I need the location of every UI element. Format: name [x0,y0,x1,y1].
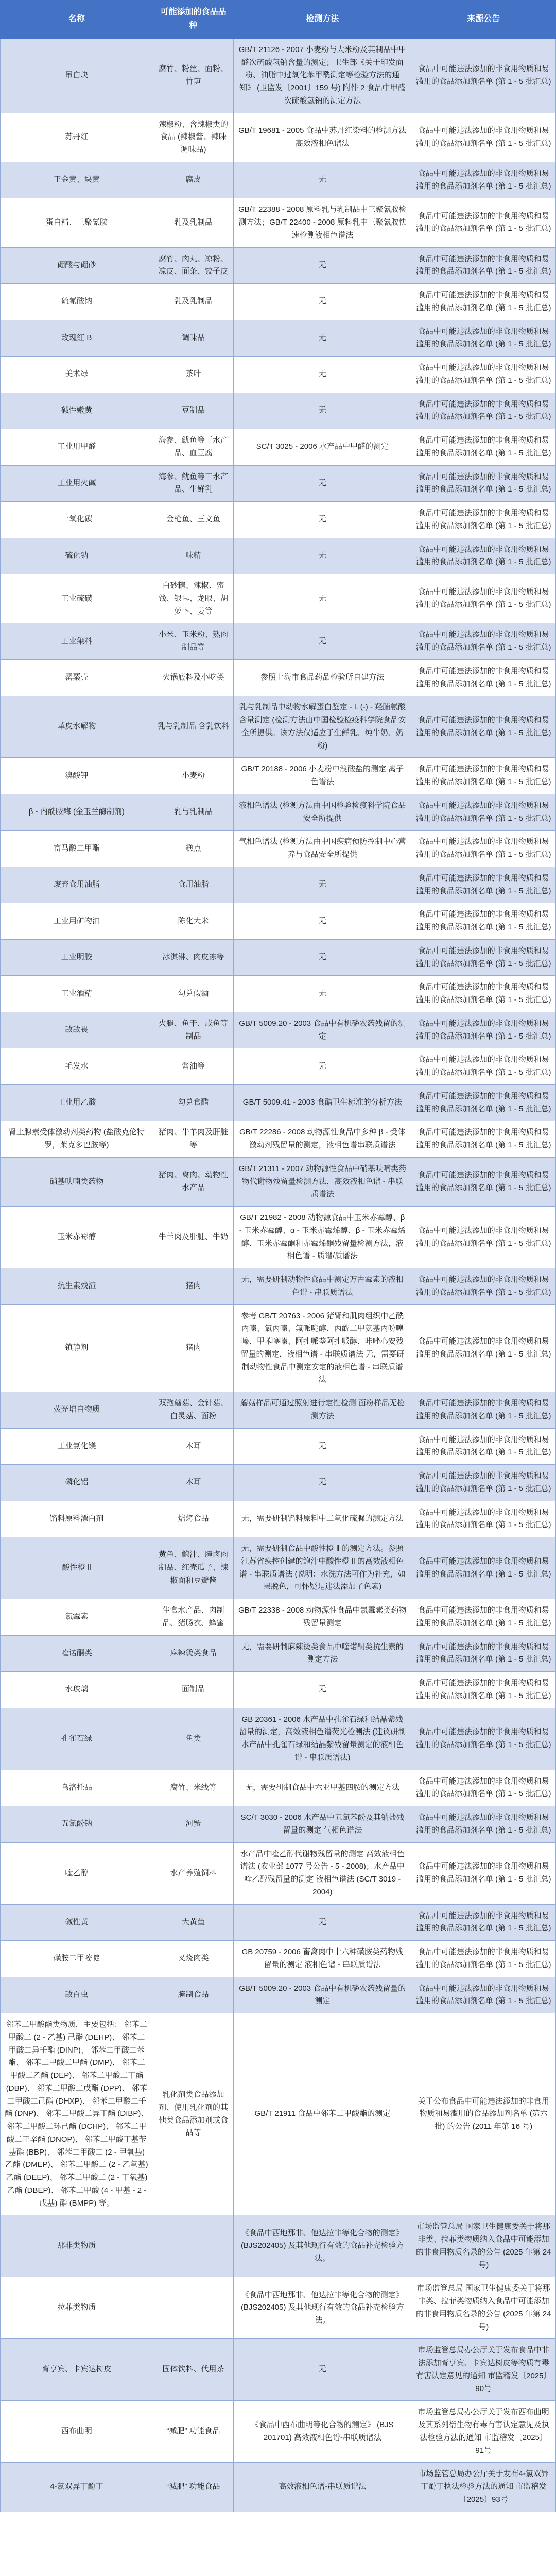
cell-method: GB 20361 - 2006 水产品中孔雀石绿和结晶紫残留量的测定，高效液相色… [234,1708,411,1770]
cell-source: 食品中可能违法添加的非食用物质和易滥用的食品添加剂名单 (第 1 - 5 批汇总… [411,623,556,660]
cell-foods: 勾兑食醋 [153,1084,233,1121]
cell-method: 无，需要研制食品中六亚甲基四胺的测定方法 [234,1770,411,1806]
cell-method: 无，需要研制馅料原料中二氧化硫脲的测定方法 [234,1501,411,1537]
cell-foods: 糕点 [153,831,233,867]
cell-source: 食品中可能违法添加的非食用物质和易滥用的食品添加剂名单 (第 1 - 5 批汇总… [411,696,556,758]
cell-foods: 食用油脂 [153,867,233,903]
cell-foods: “减肥” 功能食品 [153,2463,233,2512]
cell-source: 市场监管总局 国家卫生健康委关于将那非类、拉菲类物质纳入食品中可能添加的非食用物… [411,2215,556,2277]
cell-name: 硼酸与硼砂 [1,247,153,284]
cell-method: 无 [234,284,411,320]
cell-foods: 乳及乳制品 [153,198,233,247]
cell-source: 食品中可能违法添加的非食用物质和易滥用的食品添加剂名单 (第 1 - 5 批汇总… [411,976,556,1012]
cell-foods: 腐皮 [153,162,233,198]
cell-foods: 生食水产品、肉制品、猪肠衣、蜂蜜 [153,1599,233,1636]
cell-foods: 乳及乳制品 [153,284,233,320]
cell-name: 馅料原料漂白剂 [1,1501,153,1537]
cell-foods: 酱油等 [153,1048,233,1085]
cell-source: 食品中可能违法添加的非食用物质和易滥用的食品添加剂名单 (第 1 - 5 批汇总… [411,1977,556,2013]
cell-foods: 勾兑假酒 [153,976,233,1012]
cell-source: 食品中可能违法添加的非食用物质和易滥用的食品添加剂名单 (第 1 - 5 批汇总… [411,659,556,696]
header-row: 名称 可能添加的食品品种 检测方法 来源公告 [1,1,556,39]
cell-foods: 金枪鱼、三文鱼 [153,502,233,538]
cell-source: 食品中可能违法添加的非食用物质和易滥用的食品添加剂名单 (第 1 - 5 批汇总… [411,1268,556,1305]
cell-source: 食品中可能违法添加的非食用物质和易滥用的食品添加剂名单 (第 1 - 5 批汇总… [411,758,556,794]
table-row: 磺胺二甲嘧啶叉烧肉类GB 20759 - 2006 畜禽肉中十六种磺胺类药物残留… [1,1941,556,1977]
column-header-source: 来源公告 [411,1,556,39]
table-row: 蛋白精、三聚氰胺乳及乳制品GB/T 22388 - 2008 原料乳与乳制品中三… [1,198,556,247]
cell-source: 食品中可能违法添加的非食用物质和易滥用的食品添加剂名单 (第 1 - 5 批汇总… [411,1770,556,1806]
cell-name: 玫瑰红 B [1,320,153,357]
table-row: 苏丹红辣椒粉、含辣椒类的食品 (辣椒酱、辣味调味品)GB/T 19681 - 2… [1,113,556,162]
cell-foods: 味精 [153,538,233,574]
cell-method: 水产品中喹乙醇代谢物残留量的测定 高效液相色谱法 (农业部 1077 号公告 -… [234,1842,411,1904]
cell-foods: 河蟹 [153,1806,233,1843]
table-row: 工业硫磺白砂糖、辣椒、蜜饯、银耳、龙眼、胡萝卜、姜等无食品中可能违法添加的非食用… [1,574,556,623]
cell-source: 食品中可能违法添加的非食用物质和易滥用的食品添加剂名单 (第 1 - 5 批汇总… [411,867,556,903]
cell-method: 无 [234,162,411,198]
cell-source: 食品中可能违法添加的非食用物质和易滥用的食品添加剂名单 (第 1 - 5 批汇总… [411,357,556,393]
cell-name: 工业用甲醛 [1,429,153,466]
cell-name: 孔雀石绿 [1,1708,153,1770]
cell-foods: 陈化大米 [153,903,233,940]
cell-source: 食品中可能违法添加的非食用物质和易滥用的食品添加剂名单 (第 1 - 5 批汇总… [411,538,556,574]
table-row: 一氧化碳金枪鱼、三文鱼无食品中可能违法添加的非食用物质和易滥用的食品添加剂名单 … [1,502,556,538]
cell-name: 吊白块 [1,38,153,113]
table-row: 工业用乙酸勾兑食醋GB/T 5009.41 - 2003 食醋卫生标准的分析方法… [1,1084,556,1121]
cell-name: 乌洛托品 [1,1770,153,1806]
cell-source: 市场监管总局办公厅关于发布西布曲明及其系列衍生物有毒有害认定意见及执法检验方法的… [411,2401,556,2463]
cell-foods: 猪肉 [153,1268,233,1305]
table-row: 荧光增白物质双孢蘑菇、金针菇、白灵菇、面粉蘑菇样品可通过照射进行定性检测 面粉样… [1,1392,556,1429]
cell-name: 工业用火碱 [1,465,153,502]
cell-method: 高效液相色谱-串联质谱法 [234,2463,411,2512]
table-row: 拉菲类物质《食品中西地那非、他达拉非等化合物的测定》 (BJS202405) 及… [1,2277,556,2339]
cell-source: 食品中可能违法添加的非食用物质和易滥用的食品添加剂名单 (第 1 - 5 批汇总… [411,1806,556,1843]
cell-source: 食品中可能违法添加的非食用物质和易滥用的食品添加剂名单 (第 1 - 5 批汇总… [411,1207,556,1268]
cell-foods: 腌制食品 [153,1977,233,2013]
cell-name: 工业染料 [1,623,153,660]
cell-source: 关于公布食品中可能违法添加的非食用物质和易滥用的食品添加剂名单 (第六批) 的公… [411,2013,556,2215]
table-row: 玉米赤霉醇牛羊肉及肝脏、牛奶GB/T 21982 - 2008 动物源食品中玉米… [1,1207,556,1268]
cell-foods: 黄鱼、鲍汁、腌卤肉制品、红壳瓜子、辣椒面和豆瓣酱 [153,1537,233,1599]
cell-name: 玉米赤霉醇 [1,1207,153,1268]
table-row: 工业用火碱海参、鱿鱼等干水产品、生鲜乳无食品中可能违法添加的非食用物质和易滥用的… [1,465,556,502]
cell-name: 肾上腺素受体激动剂类药物 (盐酸克伦特罗，莱克多巴胺等) [1,1121,153,1158]
table-row: 酸性橙 Ⅱ黄鱼、鲍汁、腌卤肉制品、红壳瓜子、辣椒面和豆瓣酱无，需要研制食品中酸性… [1,1537,556,1599]
cell-name: 硝基呋喃类药物 [1,1157,153,1206]
cell-method: 无，需要研制动物性食品中测定万古霉素的液相色谱 - 串联质谱法 [234,1268,411,1305]
cell-foods: 大黄鱼 [153,1904,233,1941]
cell-name: 那非类物质 [1,2215,153,2277]
cell-foods: 冰淇淋、肉皮冻等 [153,939,233,976]
cell-method: GB/T 21126 - 2007 小麦粉与大米粉及其制品中甲醛次硫酸氢钠含量的… [234,38,411,113]
table-row: 革皮水解物乳与乳制品 含乳饮料乳与乳制品中动物水解蛋白鉴定 - L (-) - … [1,696,556,758]
cell-name: 硫化钠 [1,538,153,574]
cell-method: 无 [234,903,411,940]
cell-source: 食品中可能违法添加的非食用物质和易滥用的食品添加剂名单 (第 1 - 5 批汇总… [411,1635,556,1672]
column-header-name: 名称 [1,1,153,39]
cell-name: 磷化铝 [1,1465,153,1501]
page: 名称 可能添加的食品品种 检测方法 来源公告 吊白块腐竹、粉丝、面粉、竹笋GB/… [0,0,556,2512]
cell-name: 王金黄、块黄 [1,162,153,198]
table-row: 吊白块腐竹、粉丝、面粉、竹笋GB/T 21126 - 2007 小麦粉与大米粉及… [1,38,556,113]
cell-method: 无 [234,1428,411,1465]
cell-method: 无 [234,465,411,502]
table-row: 乌洛托品腐竹、米线等无，需要研制食品中六亚甲基四胺的测定方法食品中可能违法添加的… [1,1770,556,1806]
table-row: 磷化铝木耳无食品中可能违法添加的非食用物质和易滥用的食品添加剂名单 (第 1 -… [1,1465,556,1501]
cell-method: GB/T 5009.20 - 2003 食品中有机磷农药残留的测定 [234,1012,411,1048]
cell-foods: 白砂糖、辣椒、蜜饯、银耳、龙眼、胡萝卜、姜等 [153,574,233,623]
cell-name: 溴酸钾 [1,758,153,794]
cell-foods [153,2215,233,2277]
cell-foods: 猪肉、牛羊肉及肝脏等 [153,1121,233,1158]
cell-foods: 海参、鱿鱼等干水产品、血豆腐 [153,429,233,466]
table-row: 工业氯化镁木耳无食品中可能违法添加的非食用物质和易滥用的食品添加剂名单 (第 1… [1,1428,556,1465]
cell-method: 无 [234,623,411,660]
cell-source: 食品中可能违法添加的非食用物质和易滥用的食品添加剂名单 (第 1 - 5 批汇总… [411,162,556,198]
cell-foods: 腐竹、米线等 [153,1770,233,1806]
cell-source: 食品中可能违法添加的非食用物质和易滥用的食品添加剂名单 (第 1 - 5 批汇总… [411,1157,556,1206]
cell-source: 市场监管总局 国家卫生健康委关于将那非类、拉菲类物质纳入食品中可能添加的非食用物… [411,2277,556,2339]
cell-source: 食品中可能违法添加的非食用物质和易滥用的食品添加剂名单 (第 1 - 5 批汇总… [411,1501,556,1537]
cell-method: GB 20759 - 2006 畜禽肉中十六种磺胺类药物残留量的测定 液相色谱 … [234,1941,411,1977]
table-row: 美术绿茶叶无食品中可能违法添加的非食用物质和易滥用的食品添加剂名单 (第 1 -… [1,357,556,393]
cell-method: GB/T 19681 - 2005 食品中苏丹红染料的检测方法高效液相色谱法 [234,113,411,162]
table-row: 五氯酚钠河蟹SC/T 3030 - 2006 水产品中五氯苯酚及其钠盐残留量的测… [1,1806,556,1843]
cell-method: SC/T 3030 - 2006 水产品中五氯苯酚及其钠盐残留量的测定 气相色谱… [234,1806,411,1843]
cell-method: 液相色谱法 (检测方法由中国检验检疫科学院食品安全所提供 [234,794,411,831]
cell-foods: 火锅底料及小吃类 [153,659,233,696]
cell-name: 喹乙醇 [1,1842,153,1904]
table-row: 毛发水酱油等无食品中可能违法添加的非食用物质和易滥用的食品添加剂名单 (第 1 … [1,1048,556,1085]
cell-name: 硫氰酸钠 [1,284,153,320]
cell-foods: 火腿、鱼干、咸鱼等制品 [153,1012,233,1048]
cell-method: 无 [234,2339,411,2401]
cell-source: 食品中可能违法添加的非食用物质和易滥用的食品添加剂名单 (第 1 - 5 批汇总… [411,1941,556,1977]
cell-foods: 乳化剂类食品添加剂、使用乳化剂的其他类食品添加剂或食品等 [153,2013,233,2215]
cell-source: 食品中可能违法添加的非食用物质和易滥用的食品添加剂名单 (第 1 - 5 批汇总… [411,1012,556,1048]
cell-name: 敌百虫 [1,1977,153,2013]
table-row: 肾上腺素受体激动剂类药物 (盐酸克伦特罗，莱克多巴胺等)猪肉、牛羊肉及肝脏等GB… [1,1121,556,1158]
cell-method: 无 [234,357,411,393]
cell-method: 无，需要研制食品中酸性橙 Ⅱ 的测定方法。参照江苏省疾控创建的鲍汁中酸性橙 Ⅱ … [234,1537,411,1599]
table-row: 那非类物质《食品中西地那非、他达拉非等化合物的测定》 (BJS202405) 及… [1,2215,556,2277]
cell-name: 工业硫磺 [1,574,153,623]
cell-method: GB/T 22388 - 2008 原料乳与乳制品中三聚氰胺检测方法；GB/T … [234,198,411,247]
table-row: 碱性嫩黄豆制品无食品中可能违法添加的非食用物质和易滥用的食品添加剂名单 (第 1… [1,393,556,429]
illegal-additives-table: 名称 可能添加的食品品种 检测方法 来源公告 吊白块腐竹、粉丝、面粉、竹笋GB/… [0,0,556,2512]
cell-foods: 腐竹、肉丸、凉粉、凉皮、面条、饺子皮 [153,247,233,284]
table-row: 氯霉素生食水产品、肉制品、猪肠衣、蜂蜜GB/T 22338 - 2008 动物源… [1,1599,556,1636]
cell-name: 水玻璃 [1,1672,153,1708]
cell-foods: 面制品 [153,1672,233,1708]
table-row: 4-氯双异丁酚丁“减肥” 功能食品高效液相色谱-串联质谱法市场监管总局办公厅关于… [1,2463,556,2512]
cell-foods [153,2277,233,2339]
table-row: 王金黄、块黄腐皮无食品中可能违法添加的非食用物质和易滥用的食品添加剂名单 (第 … [1,162,556,198]
cell-method: 无 [234,939,411,976]
cell-method: GB/T 21311 - 2007 动物源性食品中硝基呋喃类药物代谢物残留量检测… [234,1157,411,1206]
cell-source: 食品中可能违法添加的非食用物质和易滥用的食品添加剂名单 (第 1 - 5 批汇总… [411,247,556,284]
cell-source: 食品中可能违法添加的非食用物质和易滥用的食品添加剂名单 (第 1 - 5 批汇总… [411,903,556,940]
cell-foods: 腐竹、粉丝、面粉、竹笋 [153,38,233,113]
cell-name: 镇静剂 [1,1304,153,1392]
table-row: 抗生素残渣猪肉无，需要研制动物性食品中测定万古霉素的液相色谱 - 串联质谱法食品… [1,1268,556,1305]
cell-method: 无 [234,538,411,574]
cell-source: 食品中可能违法添加的非食用物质和易滥用的食品添加剂名单 (第 1 - 5 批汇总… [411,1121,556,1158]
cell-name: 4-氯双异丁酚丁 [1,2463,153,2512]
cell-name: 敌敌畏 [1,1012,153,1048]
cell-source: 食品中可能违法添加的非食用物质和易滥用的食品添加剂名单 (第 1 - 5 批汇总… [411,831,556,867]
cell-method: 无，需要研制麻辣烫类食品中喹诺酮类抗生素的测定方法 [234,1635,411,1672]
cell-foods: 小米、玉米粉、熟肉制品等 [153,623,233,660]
cell-source: 食品中可能违法添加的非食用物质和易滥用的食品添加剂名单 (第 1 - 5 批汇总… [411,502,556,538]
cell-name: 蛋白精、三聚氰胺 [1,198,153,247]
cell-method: GB/T 5009.20 - 2003 食品中有机磷农药残留量的测定 [234,1977,411,2013]
cell-name: 磺胺二甲嘧啶 [1,1941,153,1977]
table-row: 工业酒精勾兑假酒无食品中可能违法添加的非食用物质和易滥用的食品添加剂名单 (第 … [1,976,556,1012]
cell-method: GB/T 22338 - 2008 动物源性食品中氯霉素类药物残留量测定 [234,1599,411,1636]
table-row: 喹诺酮类麻辣烫类食品无，需要研制麻辣烫类食品中喹诺酮类抗生素的测定方法食品中可能… [1,1635,556,1672]
cell-foods: 海参、鱿鱼等干水产品、生鲜乳 [153,465,233,502]
table-row: β - 内酰胺酶 (金玉兰酶制剂)乳与乳制品液相色谱法 (检测方法由中国检验检疫… [1,794,556,831]
table-row: 工业用矿物油陈化大米无食品中可能违法添加的非食用物质和易滥用的食品添加剂名单 (… [1,903,556,940]
cell-source: 食品中可能违法添加的非食用物质和易滥用的食品添加剂名单 (第 1 - 5 批汇总… [411,1048,556,1085]
cell-name: 氯霉素 [1,1599,153,1636]
table-row: 喹乙醇水产养殖饲料水产品中喹乙醇代谢物残留量的测定 高效液相色谱法 (农业部 1… [1,1842,556,1904]
cell-source: 食品中可能违法添加的非食用物质和易滥用的食品添加剂名单 (第 1 - 5 批汇总… [411,284,556,320]
cell-name: 育亨宾、卡宾达树皮 [1,2339,153,2401]
column-header-foods: 可能添加的食品品种 [153,1,233,39]
cell-name: 美术绿 [1,357,153,393]
table-row: 碱性黄大黄鱼无食品中可能违法添加的非食用物质和易滥用的食品添加剂名单 (第 1 … [1,1904,556,1941]
cell-source: 食品中可能违法添加的非食用物质和易滥用的食品添加剂名单 (第 1 - 5 批汇总… [411,1842,556,1904]
cell-source: 食品中可能违法添加的非食用物质和易滥用的食品添加剂名单 (第 1 - 5 批汇总… [411,429,556,466]
cell-foods: 麻辣烫类食品 [153,1635,233,1672]
cell-name: 罂粟壳 [1,659,153,696]
cell-name: 革皮水解物 [1,696,153,758]
cell-source: 食品中可能违法添加的非食用物质和易滥用的食品添加剂名单 (第 1 - 5 批汇总… [411,1599,556,1636]
cell-method: 蘑菇样品可通过照射进行定性检测 面粉样品无检测方法 [234,1392,411,1429]
cell-foods: 茶叶 [153,357,233,393]
cell-source: 市场监管总局办公厅关于发布食品中非法添加育亨宾、卡宾达树皮等物质有毒有害认定意见… [411,2339,556,2401]
cell-source: 食品中可能违法添加的非食用物质和易滥用的食品添加剂名单 (第 1 - 5 批汇总… [411,465,556,502]
cell-source: 食品中可能违法添加的非食用物质和易滥用的食品添加剂名单 (第 1 - 5 批汇总… [411,113,556,162]
table-row: 玫瑰红 B调味品无食品中可能违法添加的非食用物质和易滥用的食品添加剂名单 (第 … [1,320,556,357]
cell-name: 酸性橙 Ⅱ [1,1537,153,1599]
cell-name: 工业酒精 [1,976,153,1012]
cell-name: 碱性黄 [1,1904,153,1941]
cell-method: 无 [234,976,411,1012]
cell-method: 无 [234,1672,411,1708]
cell-method: 无 [234,867,411,903]
table-row: 富马酸二甲酯糕点气相色谱法 (检测方法由中国疾病预防控制中心营养与食品安全所提供… [1,831,556,867]
cell-source: 食品中可能违法添加的非食用物质和易滥用的食品添加剂名单 (第 1 - 5 批汇总… [411,393,556,429]
table-row: 硝基呋喃类药物猪肉、禽肉、动物性水产品GB/T 21311 - 2007 动物源… [1,1157,556,1206]
table-row: 废弃食用油脂食用油脂无食品中可能违法添加的非食用物质和易滥用的食品添加剂名单 (… [1,867,556,903]
cell-source: 食品中可能违法添加的非食用物质和易滥用的食品添加剂名单 (第 1 - 5 批汇总… [411,198,556,247]
table-row: 溴酸钾小麦粉GB/T 20188 - 2006 小麦粉中溴酸盐的测定 离子色谱法… [1,758,556,794]
cell-name: 碱性嫩黄 [1,393,153,429]
cell-name: 西布曲明 [1,2401,153,2463]
table-row: 硫化钠味精无食品中可能违法添加的非食用物质和易滥用的食品添加剂名单 (第 1 -… [1,538,556,574]
cell-foods: 猪肉 [153,1304,233,1392]
table-row: 硼酸与硼砂腐竹、肉丸、凉粉、凉皮、面条、饺子皮无食品中可能违法添加的非食用物质和… [1,247,556,284]
table-row: 育亨宾、卡宾达树皮固体饮料、代用茶无市场监管总局办公厅关于发布食品中非法添加育亨… [1,2339,556,2401]
cell-method: 无 [234,1904,411,1941]
table-body: 吊白块腐竹、粉丝、面粉、竹笋GB/T 21126 - 2007 小麦粉与大米粉及… [1,38,556,2512]
cell-method: 无 [234,393,411,429]
table-row: 罂粟壳火锅底料及小吃类参照上海市食品药品检验所自建方法食品中可能违法添加的非食用… [1,659,556,696]
cell-source: 食品中可能违法添加的非食用物质和易滥用的食品添加剂名单 (第 1 - 5 批汇总… [411,38,556,113]
cell-foods: 辣椒粉、含辣椒类的食品 (辣椒酱、辣味调味品) [153,113,233,162]
cell-foods: 水产养殖饲料 [153,1842,233,1904]
cell-method: 气相色谱法 (检测方法由中国疾病预防控制中心营养与食品安全所提供 [234,831,411,867]
cell-foods: 小麦粉 [153,758,233,794]
cell-method: 无 [234,247,411,284]
table-row: 水玻璃面制品无食品中可能违法添加的非食用物质和易滥用的食品添加剂名单 (第 1 … [1,1672,556,1708]
table-row: 镇静剂猪肉参考 GB/T 20763 - 2006 猪肾和肌肉组织中乙酰丙嗪、氯… [1,1304,556,1392]
cell-foods: “减肥” 功能食品 [153,2401,233,2463]
cell-source: 食品中可能违法添加的非食用物质和易滥用的食品添加剂名单 (第 1 - 5 批汇总… [411,1392,556,1429]
cell-source: 食品中可能违法添加的非食用物质和易滥用的食品添加剂名单 (第 1 - 5 批汇总… [411,1084,556,1121]
cell-name: 拉菲类物质 [1,2277,153,2339]
cell-foods: 木耳 [153,1428,233,1465]
table-row: 敌敌畏火腿、鱼干、咸鱼等制品GB/T 5009.20 - 2003 食品中有机磷… [1,1012,556,1048]
cell-method: GB/T 22286 - 2008 动物源性食品中多种 β - 受体激动剂残留量… [234,1121,411,1158]
table-row: 邻苯二甲酸酯类物质，主要包括： 邻苯二甲酸二 (2 - 乙基) 己酯 (DEHP… [1,2013,556,2215]
cell-source: 食品中可能违法添加的非食用物质和易滥用的食品添加剂名单 (第 1 - 5 批汇总… [411,1304,556,1392]
cell-name: 苏丹红 [1,113,153,162]
cell-source: 食品中可能违法添加的非食用物质和易滥用的食品添加剂名单 (第 1 - 5 批汇总… [411,1465,556,1501]
cell-source: 食品中可能违法添加的非食用物质和易滥用的食品添加剂名单 (第 1 - 5 批汇总… [411,320,556,357]
cell-name: 工业用矿物油 [1,903,153,940]
cell-method: 无 [234,320,411,357]
cell-method: 《食品中西布曲明等化合物的测定》 (BJS 201701) 高效液相色谱-串联质… [234,2401,411,2463]
cell-source: 食品中可能违法添加的非食用物质和易滥用的食品添加剂名单 (第 1 - 5 批汇总… [411,1428,556,1465]
cell-method: GB/T 21982 - 2008 动物源食品中玉米赤霉醇、β - 玉米赤霉醇、… [234,1207,411,1268]
table-row: 孔雀石绿鱼类GB 20361 - 2006 水产品中孔雀石绿和结晶紫残留量的测定… [1,1708,556,1770]
cell-source: 市场监管总局办公厅关于发布4-氯双异丁酚丁执法检验方法的通知 市监稽发〔2025… [411,2463,556,2512]
cell-source: 食品中可能违法添加的非食用物质和易滥用的食品添加剂名单 (第 1 - 5 批汇总… [411,1708,556,1770]
cell-foods: 牛羊肉及肝脏、牛奶 [153,1207,233,1268]
cell-name: 工业明胶 [1,939,153,976]
cell-name: 富马酸二甲酯 [1,831,153,867]
cell-foods: 木耳 [153,1465,233,1501]
cell-source: 食品中可能违法添加的非食用物质和易滥用的食品添加剂名单 (第 1 - 5 批汇总… [411,794,556,831]
table-row: 敌百虫腌制食品GB/T 5009.20 - 2003 食品中有机磷农药残留量的测… [1,1977,556,2013]
cell-source: 食品中可能违法添加的非食用物质和易滥用的食品添加剂名单 (第 1 - 5 批汇总… [411,1537,556,1599]
cell-name: 一氧化碳 [1,502,153,538]
cell-method: 乳与乳制品中动物水解蛋白鉴定 - L (-) - 羟脯氨酸含量测定 (检测方法由… [234,696,411,758]
cell-foods: 调味品 [153,320,233,357]
cell-name: 工业氯化镁 [1,1428,153,1465]
cell-name: 五氯酚钠 [1,1806,153,1843]
cell-method: 《食品中西地那非、他达拉非等化合物的测定》 (BJS202405) 及其他现行有… [234,2215,411,2277]
cell-foods: 焙烤食品 [153,1501,233,1537]
cell-method: GB/T 21911 食品中邻苯二甲酸酯的测定 [234,2013,411,2215]
cell-name: 废弃食用油脂 [1,867,153,903]
cell-foods: 乳与乳制品 含乳饮料 [153,696,233,758]
cell-source: 食品中可能违法添加的非食用物质和易滥用的食品添加剂名单 (第 1 - 5 批汇总… [411,1672,556,1708]
cell-name: 荧光增白物质 [1,1392,153,1429]
cell-method: 无 [234,574,411,623]
cell-name: 喹诺酮类 [1,1635,153,1672]
cell-name: β - 内酰胺酶 (金玉兰酶制剂) [1,794,153,831]
cell-name: 邻苯二甲酸酯类物质，主要包括： 邻苯二甲酸二 (2 - 乙基) 己酯 (DEHP… [1,2013,153,2215]
cell-method: 无 [234,1465,411,1501]
cell-source: 食品中可能违法添加的非食用物质和易滥用的食品添加剂名单 (第 1 - 5 批汇总… [411,574,556,623]
cell-name: 毛发水 [1,1048,153,1085]
cell-foods: 豆制品 [153,393,233,429]
cell-method: 参考 GB/T 20763 - 2006 猪肾和肌肉组织中乙酰丙嗪、氯丙嗪、氟哌… [234,1304,411,1392]
cell-foods: 猪肉、禽肉、动物性水产品 [153,1157,233,1206]
cell-method: GB/T 5009.41 - 2003 食醋卫生标准的分析方法 [234,1084,411,1121]
cell-foods: 固体饮料、代用茶 [153,2339,233,2401]
column-header-method: 检测方法 [234,1,411,39]
cell-method: 《食品中西地那非、他达拉非等化合物的测定》 (BJS202405) 及其他现行有… [234,2277,411,2339]
table-row: 馅料原料漂白剂焙烤食品无，需要研制馅料原料中二氧化硫脲的测定方法食品中可能违法添… [1,1501,556,1537]
table-row: 工业用甲醛海参、鱿鱼等干水产品、血豆腐SC/T 3025 - 2006 水产品中… [1,429,556,466]
table-row: 硫氰酸钠乳及乳制品无食品中可能违法添加的非食用物质和易滥用的食品添加剂名单 (第… [1,284,556,320]
cell-name: 抗生素残渣 [1,1268,153,1305]
cell-source: 食品中可能违法添加的非食用物质和易滥用的食品添加剂名单 (第 1 - 5 批汇总… [411,1904,556,1941]
cell-method: SC/T 3025 - 2006 水产品中甲醛的测定 [234,429,411,466]
cell-foods: 鱼类 [153,1708,233,1770]
table-row: 工业染料小米、玉米粉、熟肉制品等无食品中可能违法添加的非食用物质和易滥用的食品添… [1,623,556,660]
cell-foods: 叉烧肉类 [153,1941,233,1977]
cell-name: 工业用乙酸 [1,1084,153,1121]
cell-method: 无 [234,502,411,538]
cell-source: 食品中可能违法添加的非食用物质和易滥用的食品添加剂名单 (第 1 - 5 批汇总… [411,939,556,976]
cell-foods: 乳与乳制品 [153,794,233,831]
cell-foods: 双孢蘑菇、金针菇、白灵菇、面粉 [153,1392,233,1429]
cell-method: 参照上海市食品药品检验所自建方法 [234,659,411,696]
cell-method: 无 [234,1048,411,1085]
table-row: 工业明胶冰淇淋、肉皮冻等无食品中可能违法添加的非食用物质和易滥用的食品添加剂名单… [1,939,556,976]
table-row: 西布曲明“减肥” 功能食品《食品中西布曲明等化合物的测定》 (BJS 20170… [1,2401,556,2463]
cell-method: GB/T 20188 - 2006 小麦粉中溴酸盐的测定 离子色谱法 [234,758,411,794]
